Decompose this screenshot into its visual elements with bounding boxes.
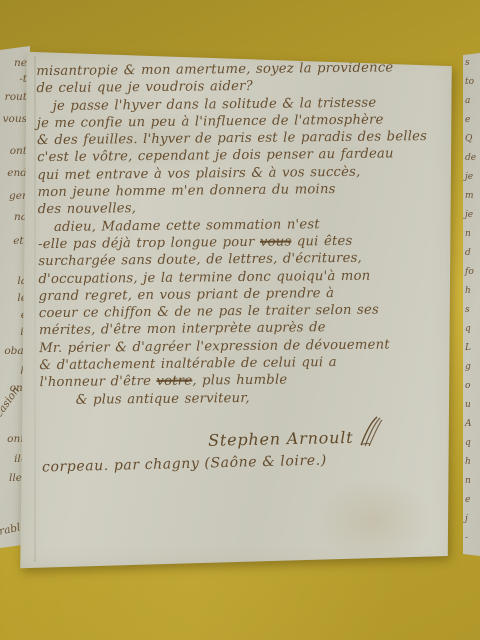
paper-stain [314,476,434,566]
text-fragment: d [465,249,471,258]
text-fragment: L [465,344,471,353]
text-fragment: o [465,382,470,391]
text-fragment: h [465,287,471,296]
text-fragment: a [465,97,470,106]
text-fragment: s [465,59,470,68]
text-fragment: e [465,496,470,505]
right-partial-page: stoaeQdejemjendfohsqLgouAqhnej- [463,53,480,556]
text-fragment: s [465,306,470,315]
text-fragment: Q [465,135,472,144]
letter-page: misantropie & mon amertume, soyez la pro… [14,46,458,574]
text-fragment: to [465,78,474,87]
signature: Stephen Arnoult [208,416,384,450]
text-fragment: m [465,192,474,201]
text-fragment: fo [465,268,474,277]
letter-page-wrapper: misantropie & mon amertume, soyez la pro… [14,46,458,574]
letter-lines: misantropie & mon amertume, soyez la pro… [36,59,448,409]
letter-line: & plus antique serviteur, [40,387,448,409]
text-fragment: - [465,534,468,543]
signature-name: Stephen Arnoult [208,428,354,450]
address-line: corpeau. par chagny (Saône & loire.) [42,453,327,476]
text-fragment: q [465,325,471,334]
text-fragment: A [465,420,472,429]
text-fragment: q [465,439,471,448]
signature-flourish-icon [357,416,384,447]
text-fragment: je [465,211,473,220]
text-fragment: je [465,173,473,182]
paper-crease [34,56,36,562]
text-fragment: h [465,458,471,467]
text-fragment: g [465,363,471,372]
text-fragment: n [465,477,471,486]
photo-background: ne-troutvousontendgernaet,laleeiloba,hon… [0,0,480,640]
text-fragment: e [465,116,470,125]
text-fragment: n [465,230,471,239]
text-fragment: u [465,401,471,410]
text-fragment: j [465,515,468,524]
text-fragment: de [465,154,476,163]
